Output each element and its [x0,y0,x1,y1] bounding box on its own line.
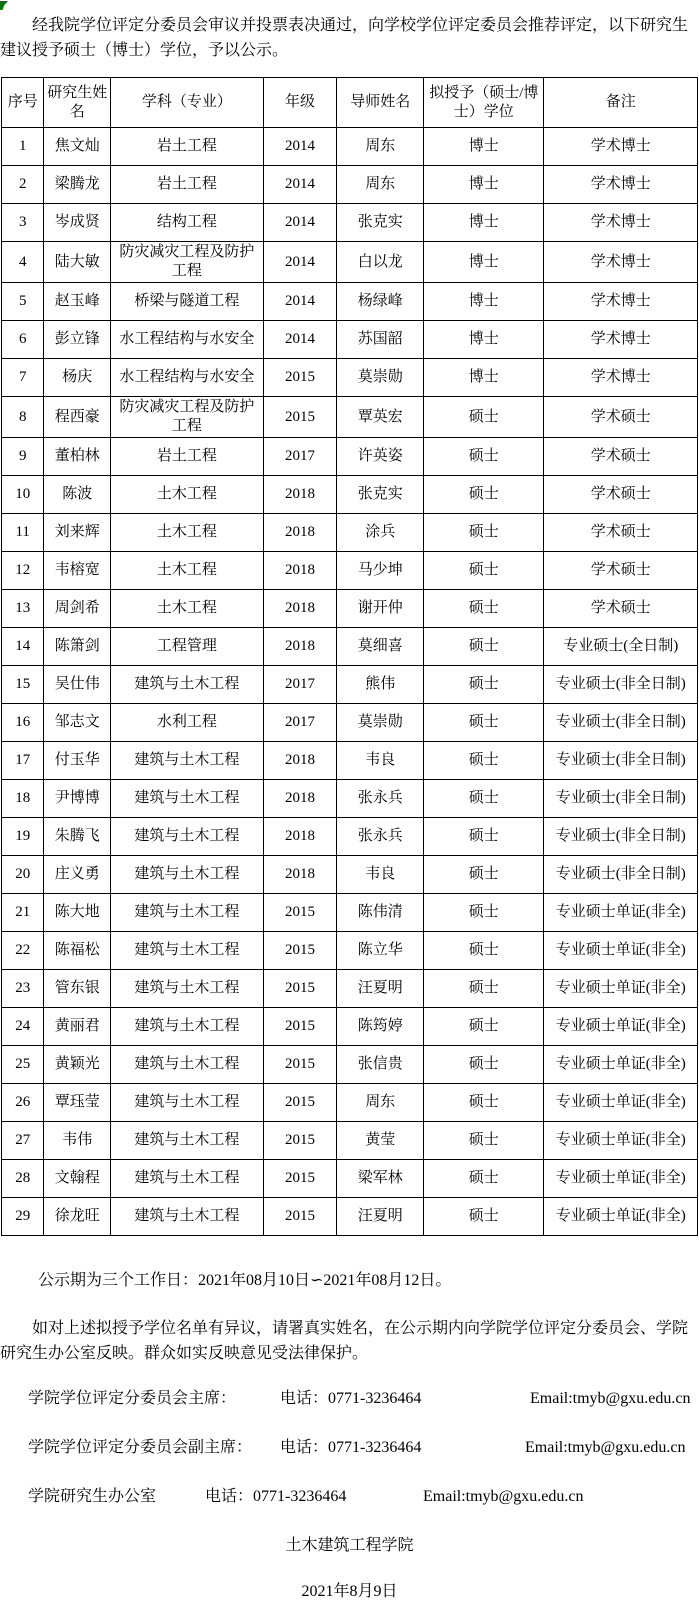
table-cell: 2 [2,166,44,204]
table-cell: 水利工程 [111,704,264,742]
table-cell: 白以龙 [337,242,424,283]
table-cell: 专业硕士单证(非全) [544,1008,698,1046]
table-cell: 建筑与土木工程 [111,780,264,818]
table-cell: 2018 [263,628,337,666]
contact-row: 学院学位评定分委员会副主席：电话：0771-3236464Email:tmyb@… [0,1437,699,1459]
contact-row: 学院研究生办公室电话：0771-3236464Email:tmyb@gxu.ed… [0,1486,699,1508]
objection-note: 如对上述拟授予学位名单有异议，请署真实姓名，在公示期内向学院学位评定分委员会、学… [0,1316,699,1366]
table-cell: 陈伟清 [337,894,424,932]
table-cell: 专业硕士单证(非全) [544,1122,698,1160]
table-cell: 结构工程 [111,204,264,242]
table-cell: 2015 [263,1160,337,1198]
table-cell: 文翰程 [44,1160,111,1198]
table-cell: 学术博士 [544,166,698,204]
table-cell: 专业硕士(全日制) [544,628,698,666]
table-cell: 19 [2,818,44,856]
table-cell: 防灾减灾工程及防护工程 [111,397,264,438]
table-cell: 硕士 [424,742,544,780]
table-cell: 桥梁与隧道工程 [111,283,264,321]
table-cell: 韦良 [337,742,424,780]
table-cell: 韦良 [337,856,424,894]
table-cell: 陈箫剑 [44,628,111,666]
table-cell: 周剑希 [44,590,111,628]
table-row: 23管东银建筑与土木工程2015汪夏明硕士专业硕士单证(非全) [2,970,698,1008]
table-cell: 专业硕士单证(非全) [544,970,698,1008]
contact-row: 学院学位评定分委员会主席：电话：0771-3236464Email:tmyb@g… [0,1388,699,1410]
table-cell: 学术硕士 [544,438,698,476]
table-header-cell: 拟授予（硕士/博士）学位 [424,78,544,128]
table-cell: 建筑与土木工程 [111,1198,264,1236]
table-cell: 建筑与土木工程 [111,742,264,780]
table-cell: 熊伟 [337,666,424,704]
table-row: 14陈箫剑工程管理2018莫细喜硕士专业硕士(全日制) [2,628,698,666]
table-row: 15吴仕伟建筑与土木工程2017熊伟硕士专业硕士(非全日制) [2,666,698,704]
table-cell: 徐龙旺 [44,1198,111,1236]
table-cell: 2014 [263,166,337,204]
table-cell: 庄义勇 [44,856,111,894]
table-cell: 硕士 [424,1084,544,1122]
table-cell: 张信贵 [337,1046,424,1084]
table-cell: 2015 [263,1008,337,1046]
table-cell: 汪夏明 [337,1198,424,1236]
table-cell: 陈大地 [44,894,111,932]
table-row: 12韦榕宽土木工程2018马少坤硕士学术硕士 [2,552,698,590]
table-cell: 周东 [337,1084,424,1122]
table-cell: 2014 [263,242,337,283]
table-cell: 程西豪 [44,397,111,438]
table-cell: 周东 [337,166,424,204]
table-cell: 涂兵 [337,514,424,552]
table-cell: 10 [2,476,44,514]
table-cell: 梁军林 [337,1160,424,1198]
table-cell: 博士 [424,166,544,204]
table-cell: 土木工程 [111,514,264,552]
table-row: 6彭立锋水工程结构与水安全2014苏国韶博士学术博士 [2,321,698,359]
table-cell: 5 [2,283,44,321]
table-cell: 硕士 [424,894,544,932]
table-cell: 15 [2,666,44,704]
table-cell: 硕士 [424,1046,544,1084]
contact-label: 学院学位评定分委员会主席： [28,1388,280,1410]
table-row: 18尹博博建筑与土木工程2018张永兵硕士专业硕士(非全日制) [2,780,698,818]
table-cell: 管东银 [44,970,111,1008]
table-cell: 专业硕士单证(非全) [544,932,698,970]
table-cell: 黄颖光 [44,1046,111,1084]
table-cell: 张克实 [337,476,424,514]
table-header-cell: 导师姓名 [337,78,424,128]
contact-label: 学院研究生办公室 [28,1486,205,1508]
table-cell: 覃珏莹 [44,1084,111,1122]
table-cell: 硕士 [424,1122,544,1160]
table-cell: 硕士 [424,397,544,438]
table-cell: 2015 [263,970,337,1008]
table-cell: 博士 [424,321,544,359]
table-cell: 焦文灿 [44,128,111,166]
table-cell: 莫细喜 [337,628,424,666]
table-cell: 硕士 [424,1160,544,1198]
table-cell: 2015 [263,932,337,970]
table-cell: 建筑与土木工程 [111,894,264,932]
table-header-row: 序号研究生姓名学科（专业）年级导师姓名拟授予（硕士/博士）学位备注 [2,78,698,128]
table-cell: 陈筠婷 [337,1008,424,1046]
table-cell: 张永兵 [337,818,424,856]
table-cell: 14 [2,628,44,666]
table-cell: 18 [2,780,44,818]
table-row: 20庄义勇建筑与土木工程2018韦良硕士专业硕士(非全日制) [2,856,698,894]
table-cell: 22 [2,932,44,970]
table-cell: 谢开仲 [337,590,424,628]
table-cell: 2018 [263,856,337,894]
table-cell: 29 [2,1198,44,1236]
table-row: 16邹志文水利工程2017莫崇勋硕士专业硕士(非全日制) [2,704,698,742]
table-cell: 硕士 [424,818,544,856]
table-cell: 汪夏明 [337,970,424,1008]
table-cell: 硕士 [424,438,544,476]
table-cell: 苏国韶 [337,321,424,359]
table-row: 25黄颖光建筑与土木工程2015张信贵硕士专业硕士单证(非全) [2,1046,698,1084]
table-header-cell: 年级 [263,78,337,128]
table-cell: 专业硕士(非全日制) [544,780,698,818]
table-cell: 专业硕士(非全日制) [544,666,698,704]
degree-table: 序号研究生姓名学科（专业）年级导师姓名拟授予（硕士/博士）学位备注 1焦文灿岩土… [1,77,698,1236]
table-cell: 付玉华 [44,742,111,780]
table-cell: 2018 [263,476,337,514]
table-cell: 2014 [263,128,337,166]
table-cell: 水工程结构与水安全 [111,359,264,397]
table-cell: 2015 [263,1198,337,1236]
table-row: 22陈福松建筑与土木工程2015陈立华硕士专业硕士单证(非全) [2,932,698,970]
table-cell: 硕士 [424,932,544,970]
table-cell: 硕士 [424,476,544,514]
table-cell: 专业硕士单证(非全) [544,1160,698,1198]
table-cell: 梁腾龙 [44,166,111,204]
table-cell: 董柏林 [44,438,111,476]
table-cell: 土木工程 [111,552,264,590]
college-signature: 土木建筑工程学院 [0,1535,699,1557]
table-cell: 许英姿 [337,438,424,476]
table-cell: 2017 [263,438,337,476]
table-header-cell: 学科（专业） [111,78,264,128]
table-row: 1焦文灿岩土工程2014周东博士学术博士 [2,128,698,166]
table-cell: 马少坤 [337,552,424,590]
table-cell: 28 [2,1160,44,1198]
degree-table-body: 1焦文灿岩土工程2014周东博士学术博士2梁腾龙岩土工程2014周东博士学术博士… [2,128,698,1236]
table-cell: 12 [2,552,44,590]
table-cell: 3 [2,204,44,242]
table-cell: 专业硕士(非全日制) [544,742,698,780]
table-row: 3岑成贤结构工程2014张克实博士学术博士 [2,204,698,242]
table-header-cell: 备注 [544,78,698,128]
table-cell: 硕士 [424,1198,544,1236]
table-cell: 刘来辉 [44,514,111,552]
table-cell: 学术硕士 [544,514,698,552]
table-cell: 陈福松 [44,932,111,970]
table-cell: 硕士 [424,666,544,704]
table-row: 5赵玉峰桥梁与隧道工程2014杨绿峰博士学术博士 [2,283,698,321]
table-cell: 2014 [263,283,337,321]
table-row: 13周剑希土木工程2018谢开仲硕士学术硕士 [2,590,698,628]
green-corner-mark [0,1,8,10]
table-row: 8程西豪防灾减灾工程及防护工程2015覃英宏硕士学术硕士 [2,397,698,438]
table-row: 4陆大敏防灾减灾工程及防护工程2014白以龙博士学术博士 [2,242,698,283]
table-cell: 工程管理 [111,628,264,666]
table-cell: 硕士 [424,704,544,742]
table-cell: 尹博博 [44,780,111,818]
table-cell: 2015 [263,397,337,438]
table-cell: 莫崇勋 [337,704,424,742]
table-cell: 博士 [424,242,544,283]
table-cell: 25 [2,1046,44,1084]
table-cell: 2018 [263,818,337,856]
contact-list: 学院学位评定分委员会主席：电话：0771-3236464Email:tmyb@g… [0,1388,699,1508]
table-cell: 陈立华 [337,932,424,970]
table-cell: 硕士 [424,590,544,628]
table-cell: 27 [2,1122,44,1160]
contact-phone: 电话：0771-3236464 [280,1437,525,1459]
contact-email: Email:tmyb@gxu.edu.cn [525,1439,685,1456]
table-row: 21陈大地建筑与土木工程2015陈伟清硕士专业硕士单证(非全) [2,894,698,932]
table-row: 2梁腾龙岩土工程2014周东博士学术博士 [2,166,698,204]
table-row: 29徐龙旺建筑与土木工程2015汪夏明硕士专业硕士单证(非全) [2,1198,698,1236]
contact-phone: 电话：0771-3236464 [280,1388,530,1410]
table-cell: 2018 [263,552,337,590]
table-cell: 建筑与土木工程 [111,856,264,894]
table-cell: 赵玉峰 [44,283,111,321]
table-cell: 专业硕士单证(非全) [544,894,698,932]
table-cell: 学术博士 [544,204,698,242]
table-cell: 13 [2,590,44,628]
table-cell: 专业硕士(非全日制) [544,704,698,742]
table-cell: 邹志文 [44,704,111,742]
table-cell: 硕士 [424,856,544,894]
contact-email: Email:tmyb@gxu.edu.cn [423,1488,583,1505]
table-cell: 岩土工程 [111,128,264,166]
table-cell: 韦伟 [44,1122,111,1160]
table-cell: 水工程结构与水安全 [111,321,264,359]
table-cell: 覃英宏 [337,397,424,438]
table-cell: 陈波 [44,476,111,514]
table-cell: 26 [2,1084,44,1122]
table-cell: 学术硕士 [544,590,698,628]
table-cell: 岑成贤 [44,204,111,242]
table-cell: 2018 [263,514,337,552]
table-cell: 朱腾飞 [44,818,111,856]
table-cell: 硕士 [424,780,544,818]
table-cell: 专业硕士单证(非全) [544,1084,698,1122]
table-cell: 张永兵 [337,780,424,818]
table-cell: 硕士 [424,970,544,1008]
table-header-cell: 研究生姓名 [44,78,111,128]
table-cell: 博士 [424,359,544,397]
table-cell: 1 [2,128,44,166]
table-cell: 建筑与土木工程 [111,1008,264,1046]
table-cell: 2018 [263,590,337,628]
table-cell: 学术博士 [544,242,698,283]
intro-paragraph: 经我院学位评定分委员会审议并投票表决通过，向学校学位评定委员会推荐评定，以下研究… [0,13,699,63]
table-cell: 吴仕伟 [44,666,111,704]
table-row: 27韦伟建筑与土木工程2015黄莹硕士专业硕士单证(非全) [2,1122,698,1160]
table-row: 17付玉华建筑与土木工程2018韦良硕士专业硕士(非全日制) [2,742,698,780]
table-cell: 17 [2,742,44,780]
table-cell: 7 [2,359,44,397]
table-cell: 2015 [263,894,337,932]
table-cell: 硕士 [424,1008,544,1046]
table-cell: 岩土工程 [111,438,264,476]
table-cell: 彭立锋 [44,321,111,359]
table-cell: 2017 [263,704,337,742]
table-cell: 8 [2,397,44,438]
table-cell: 4 [2,242,44,283]
table-cell: 学术硕士 [544,397,698,438]
table-cell: 专业硕士(非全日制) [544,856,698,894]
table-cell: 建筑与土木工程 [111,666,264,704]
table-cell: 学术博士 [544,359,698,397]
table-cell: 博士 [424,128,544,166]
table-row: 9董柏林岩土工程2017许英姿硕士学术硕士 [2,438,698,476]
table-cell: 建筑与土木工程 [111,1046,264,1084]
table-cell: 2018 [263,742,337,780]
table-cell: 2018 [263,780,337,818]
publicity-period-text: 公示期为三个工作日：2021年08月10日∽2021年08月12日。 [0,1270,699,1292]
table-cell: 建筑与土木工程 [111,818,264,856]
table-cell: 建筑与土木工程 [111,932,264,970]
table-cell: 2015 [263,1122,337,1160]
table-cell: 建筑与土木工程 [111,1122,264,1160]
table-row: 19朱腾飞建筑与土木工程2018张永兵硕士专业硕士(非全日制) [2,818,698,856]
table-cell: 土木工程 [111,476,264,514]
table-row: 26覃珏莹建筑与土木工程2015周东硕士专业硕士单证(非全) [2,1084,698,1122]
table-header-cell: 序号 [2,78,44,128]
table-cell: 20 [2,856,44,894]
table-cell: 2014 [263,321,337,359]
table-cell: 专业硕士单证(非全) [544,1198,698,1236]
table-cell: 硕士 [424,514,544,552]
table-cell: 学术博士 [544,128,698,166]
table-cell: 23 [2,970,44,1008]
table-cell: 建筑与土木工程 [111,1084,264,1122]
table-cell: 张克实 [337,204,424,242]
table-cell: 韦榕宽 [44,552,111,590]
table-cell: 建筑与土木工程 [111,970,264,1008]
table-row: 28文翰程建筑与土木工程2015梁军林硕士专业硕士单证(非全) [2,1160,698,1198]
degree-announcement-page: { "corner_mark_color": "#007700", "intro… [0,0,699,1618]
table-cell: 专业硕士单证(非全) [544,1046,698,1084]
table-cell: 2015 [263,1084,337,1122]
table-cell: 周东 [337,128,424,166]
table-cell: 2017 [263,666,337,704]
table-cell: 24 [2,1008,44,1046]
table-cell: 16 [2,704,44,742]
table-cell: 建筑与土木工程 [111,1160,264,1198]
table-cell: 莫崇勋 [337,359,424,397]
table-cell: 防灾减灾工程及防护工程 [111,242,264,283]
table-cell: 黄丽君 [44,1008,111,1046]
document-date: 2021年8月9日 [0,1581,699,1603]
table-cell: 学术硕士 [544,552,698,590]
table-cell: 学术博士 [544,321,698,359]
table-cell: 硕士 [424,628,544,666]
contact-label: 学院学位评定分委员会副主席： [28,1437,280,1459]
table-cell: 博士 [424,204,544,242]
table-cell: 杨庆 [44,359,111,397]
table-cell: 9 [2,438,44,476]
table-cell: 6 [2,321,44,359]
contact-email: Email:tmyb@gxu.edu.cn [530,1390,690,1407]
table-cell: 博士 [424,283,544,321]
table-cell: 岩土工程 [111,166,264,204]
table-cell: 黄莹 [337,1122,424,1160]
table-row: 11刘来辉土木工程2018涂兵硕士学术硕士 [2,514,698,552]
table-row: 7杨庆水工程结构与水安全2015莫崇勋博士学术博士 [2,359,698,397]
table-row: 10陈波土木工程2018张克实硕士学术硕士 [2,476,698,514]
table-cell: 11 [2,514,44,552]
table-cell: 杨绿峰 [337,283,424,321]
table-cell: 专业硕士(非全日制) [544,818,698,856]
table-cell: 学术硕士 [544,476,698,514]
table-cell: 学术博士 [544,283,698,321]
table-cell: 陆大敏 [44,242,111,283]
table-cell: 2014 [263,204,337,242]
table-cell: 土木工程 [111,590,264,628]
table-cell: 2015 [263,1046,337,1084]
table-cell: 硕士 [424,552,544,590]
table-cell: 2015 [263,359,337,397]
table-row: 24黄丽君建筑与土木工程2015陈筠婷硕士专业硕士单证(非全) [2,1008,698,1046]
table-cell: 21 [2,894,44,932]
contact-phone: 电话：0771-3236464 [205,1486,423,1508]
